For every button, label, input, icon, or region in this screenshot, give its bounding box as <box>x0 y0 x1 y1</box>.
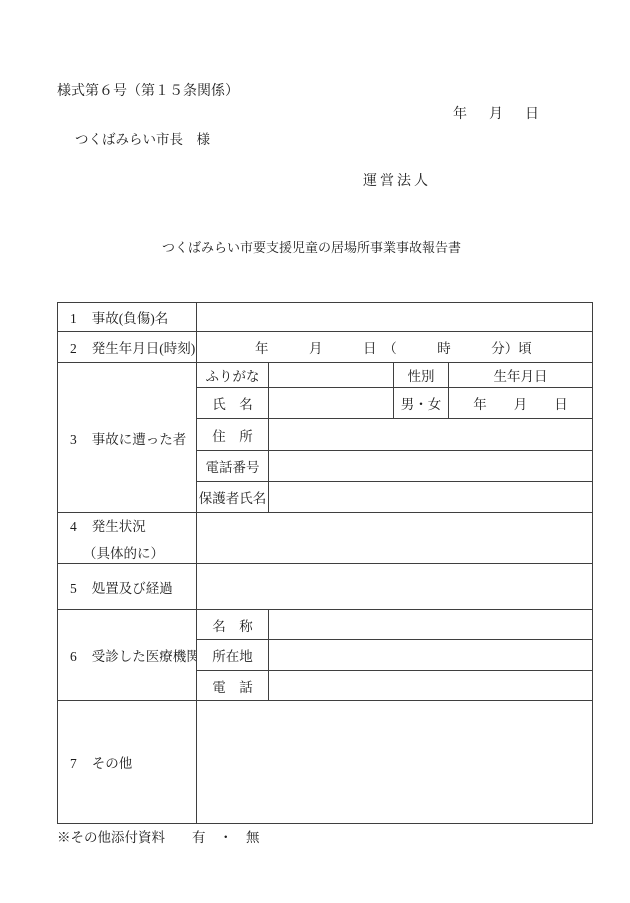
medical-location-label-cell: 所在地 <box>197 640 269 671</box>
row1-number: 1 <box>70 311 77 327</box>
occurrence-date-value-cell: 年 月 日 （ 時 分）頃 <box>197 332 593 363</box>
row7-label-cell: 7 その他 <box>58 701 197 824</box>
day-label: 日 <box>525 103 539 123</box>
row2-label: 発生年月日(時刻) <box>92 337 196 357</box>
name-value-cell <box>269 388 394 419</box>
medical-location-value-cell <box>269 640 593 671</box>
guardian-value-cell <box>269 482 593 513</box>
row2-number: 2 <box>70 341 77 357</box>
phone-value-cell <box>269 451 593 482</box>
issue-date-line: 年 月 日 <box>453 103 539 123</box>
row5-label-cell: 5 処置及び経過 <box>58 564 197 610</box>
dob-header-cell: 生年月日 <box>449 363 593 388</box>
operator-label: 運営法人 <box>363 170 431 190</box>
row6-label: 受診した医療機関 <box>92 645 197 665</box>
sex-options-cell: 男・女 <box>394 388 449 419</box>
medical-tel-label-cell: 電 話 <box>197 671 269 701</box>
row4-label-cell: 4 発生状況 （具体的に） <box>58 513 197 564</box>
year-label: 年 <box>453 103 467 123</box>
furigana-label-cell: ふりがな <box>197 363 269 388</box>
row7-number: 7 <box>70 756 77 772</box>
row6-number: 6 <box>70 649 77 665</box>
row3-number: 3 <box>70 432 77 448</box>
attachment-note: ※その他添付資料 有 ・ 無 <box>57 826 260 846</box>
accident-report-document: 様式第６号（第１５条関係） 年 月 日 つくばみらい市長 様 運営法人 つくばみ… <box>0 0 630 903</box>
addressee-line: つくばみらい市長 様 <box>75 128 210 148</box>
sex-header-cell: 性別 <box>394 363 449 388</box>
row1-label-cell: 1 事故(負傷)名 <box>58 303 197 332</box>
accident-name-value-cell <box>197 303 593 332</box>
guardian-label-cell: 保護者氏名 <box>197 482 269 513</box>
row5-number: 5 <box>70 581 77 597</box>
situation-value-cell <box>197 513 593 564</box>
row1-label: 事故(負傷)名 <box>92 307 169 327</box>
form-title: つくばみらい市要支援児童の居場所事業事故報告書 <box>162 237 461 256</box>
name-label-cell: 氏 名 <box>197 388 269 419</box>
medical-tel-value-cell <box>269 671 593 701</box>
furigana-value-cell <box>269 363 394 388</box>
month-label: 月 <box>489 103 503 123</box>
row7-label: その他 <box>92 752 133 772</box>
address-label-cell: 住 所 <box>197 419 269 451</box>
row4-label-line1: 発生状況 <box>92 515 146 535</box>
row3-label: 事故に遭った者 <box>92 428 187 448</box>
row2-label-cell: 2 発生年月日(時刻) <box>58 332 197 363</box>
accident-report-table: 1 事故(負傷)名 2 発生年月日(時刻) 年 月 日 （ 時 分）頃 3 事故… <box>57 302 593 824</box>
medical-name-label-cell: 名 称 <box>197 610 269 640</box>
phone-label-cell: 電話番号 <box>197 451 269 482</box>
form-number: 様式第６号（第１５条関係） <box>57 80 239 100</box>
row3-label-cell: 3 事故に遭った者 <box>58 363 197 513</box>
medical-name-value-cell <box>269 610 593 640</box>
row6-label-cell: 6 受診した医療機関 <box>58 610 197 701</box>
other-value-cell <box>197 701 593 824</box>
row5-label: 処置及び経過 <box>92 577 173 597</box>
row4-label-line2: （具体的に） <box>83 542 196 562</box>
row4-number: 4 <box>70 519 77 535</box>
address-value-cell <box>269 419 593 451</box>
treatment-value-cell <box>197 564 593 610</box>
dob-value-cell: 年 月 日 <box>449 388 593 419</box>
